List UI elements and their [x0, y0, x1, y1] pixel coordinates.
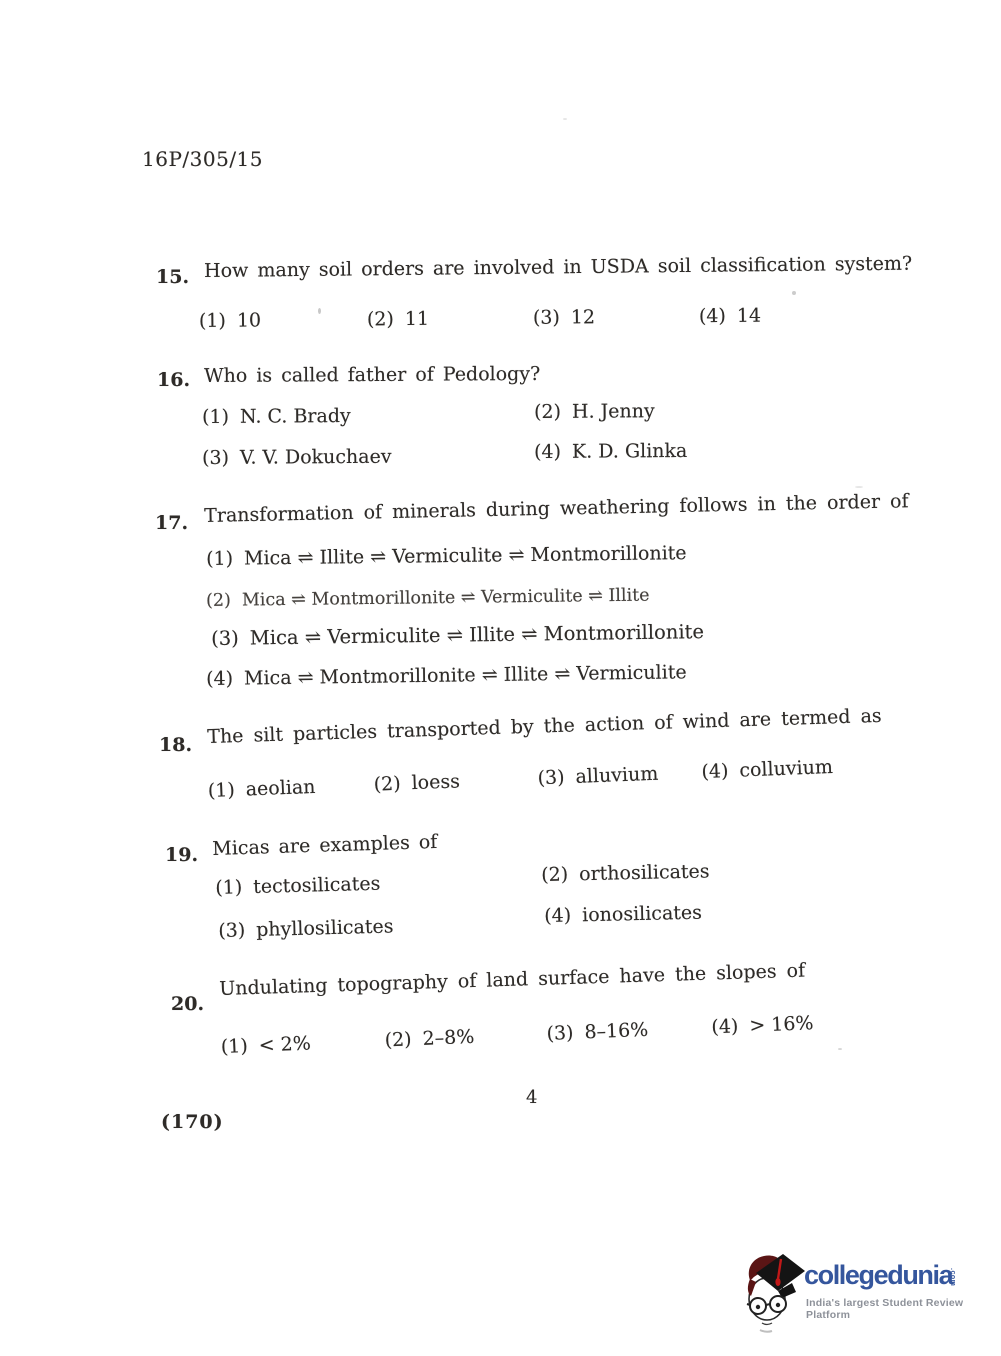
exam-paper-page: 16P/305/15 15. How many soil orders are … — [0, 0, 1001, 1356]
option-text: alluvium — [575, 763, 659, 788]
option-text: 2–8% — [422, 1026, 475, 1050]
option: (4)14 — [699, 305, 761, 328]
option: (3)Mica ⇌ Vermiculite ⇌ Illite ⇌ Montmor… — [211, 620, 704, 650]
option: (1)< 2% — [220, 1032, 311, 1058]
option: (1)aeolian — [207, 776, 315, 802]
scan-speck — [318, 308, 321, 314]
option: (1)Mica ⇌ Illite ⇌ Vermiculite ⇌ Montmor… — [206, 542, 687, 570]
option-text: Mica ⇌ Vermiculite ⇌ Illite ⇌ Montmorill… — [250, 620, 705, 649]
option-label: (4) — [699, 305, 726, 327]
option-text: 12 — [571, 306, 595, 328]
mascot-icon — [742, 1246, 806, 1334]
scan-speck — [792, 291, 796, 295]
option: (2)H. Jenny — [534, 400, 655, 423]
option-text: K. D. Glinka — [572, 440, 687, 463]
question-15-number: 15. — [156, 266, 189, 288]
option-label: (1) — [220, 1035, 248, 1058]
option-text: 10 — [237, 309, 261, 331]
option: (4)Mica ⇌ Montmorillonite ⇌ Illite ⇌ Ver… — [206, 661, 687, 690]
option: (1)10 — [199, 309, 261, 332]
option-label: (3) — [537, 766, 565, 789]
brand-name: collegedunia — [804, 1260, 952, 1291]
scan-speck — [563, 118, 567, 120]
option: (2)orthosilicates — [541, 860, 710, 886]
option: (4)K. D. Glinka — [534, 440, 687, 463]
option-label: (2) — [373, 773, 401, 796]
option-label: (2) — [367, 308, 394, 330]
option: (2)Mica ⇌ Montmorillonite ⇌ Vermiculite … — [206, 586, 650, 611]
option-text: V. V. Dokuchaev — [240, 446, 392, 469]
option-label: (1) — [207, 779, 235, 802]
question-15-options: (1)10 (2)11 (3)12 (4)14 — [199, 304, 819, 340]
footer-code: (170) — [161, 1111, 224, 1133]
option: (4)> 16% — [711, 1012, 814, 1038]
option-text: loess — [411, 770, 460, 794]
option-label: (4) — [701, 760, 729, 783]
option-label: (3) — [533, 307, 560, 329]
option-label: (1) — [199, 310, 226, 332]
option: (4)ionosilicates — [544, 902, 702, 927]
question-16-text: Who is called father of Pedology? — [204, 363, 540, 387]
option: (2)2–8% — [384, 1026, 474, 1052]
option-text: Mica ⇌ Illite ⇌ Vermiculite ⇌ Montmorill… — [244, 542, 687, 569]
collegedunia-logo: collegedunia .com India's largest Studen… — [742, 1246, 997, 1334]
brand-domain-suffix: .com — [949, 1268, 956, 1286]
question-19-text: Micas are examples of — [212, 831, 438, 860]
option: (2)loess — [373, 770, 460, 795]
option: (3)8–16% — [546, 1019, 649, 1045]
question-18-text: The silt particles transported by the ac… — [207, 705, 882, 748]
question-18-number: 18. — [159, 734, 192, 756]
option: (3)phyllosilicates — [218, 915, 394, 942]
option-label: (1) — [202, 406, 229, 428]
option-label: (3) — [218, 919, 245, 942]
option: (4)colluvium — [701, 756, 833, 783]
option-label: (3) — [546, 1022, 574, 1045]
option-text: H. Jenny — [572, 400, 655, 423]
option-text: colluvium — [739, 756, 833, 782]
question-17-text: Transformation of minerals during weathe… — [204, 490, 909, 527]
option: (1)N. C. Brady — [202, 405, 351, 428]
option-label: (4) — [206, 668, 233, 690]
question-20-number: 20. — [171, 993, 204, 1015]
option-label: (4) — [544, 904, 571, 927]
option-label: (2) — [206, 591, 231, 611]
option-text: Mica ⇌ Montmorillonite ⇌ Vermiculite ⇌ I… — [242, 586, 650, 611]
option-text: phyllosilicates — [256, 915, 394, 941]
scan-speck — [838, 1048, 842, 1050]
option-label: (3) — [202, 447, 229, 469]
option: (1)tectosilicates — [215, 873, 381, 899]
question-17-number: 17. — [155, 512, 188, 534]
option-label: (3) — [211, 627, 239, 650]
option-label: (4) — [711, 1015, 739, 1038]
option-text: Mica ⇌ Montmorillonite ⇌ Illite ⇌ Vermic… — [244, 661, 687, 689]
option: (3)alluvium — [537, 763, 658, 790]
option-text: 14 — [737, 305, 761, 327]
paper-code: 16P/305/15 — [142, 147, 263, 171]
option-text: 11 — [405, 308, 429, 330]
question-19-number: 19. — [165, 844, 198, 866]
question-16-number: 16. — [157, 369, 190, 391]
option-text: tectosilicates — [253, 873, 381, 898]
option-text: orthosilicates — [579, 860, 710, 885]
option-text: < 2% — [258, 1032, 311, 1056]
option: (3)V. V. Dokuchaev — [202, 446, 392, 469]
option-label: (1) — [215, 876, 242, 899]
option-text: ionosilicates — [582, 902, 702, 927]
question-15-text: How many soil orders are involved in USD… — [204, 253, 912, 282]
option-label: (4) — [534, 441, 561, 463]
question-18-options: (1)aeolian (2)loess (3)alluvium (4)collu… — [207, 755, 868, 810]
question-20-options: (1)< 2% (2)2–8% (3)8–16% (4)> 16% — [220, 1010, 881, 1066]
option-label: (1) — [206, 548, 233, 570]
option-text: N. C. Brady — [240, 405, 351, 428]
page-number: 4 — [526, 1087, 537, 1108]
option-text: aeolian — [245, 776, 316, 801]
option-text: 8–16% — [584, 1019, 649, 1044]
scan-speck — [855, 486, 863, 488]
brand-tagline: India's largest Student Review Platform — [806, 1297, 997, 1321]
option-label: (2) — [541, 863, 568, 886]
option-label: (2) — [534, 401, 561, 423]
option-label: (2) — [384, 1028, 412, 1051]
option: (3)12 — [533, 306, 595, 329]
question-20-text: Undulating topography of land surface ha… — [219, 960, 805, 1000]
option-text: > 16% — [749, 1012, 814, 1037]
option: (2)11 — [367, 308, 429, 331]
